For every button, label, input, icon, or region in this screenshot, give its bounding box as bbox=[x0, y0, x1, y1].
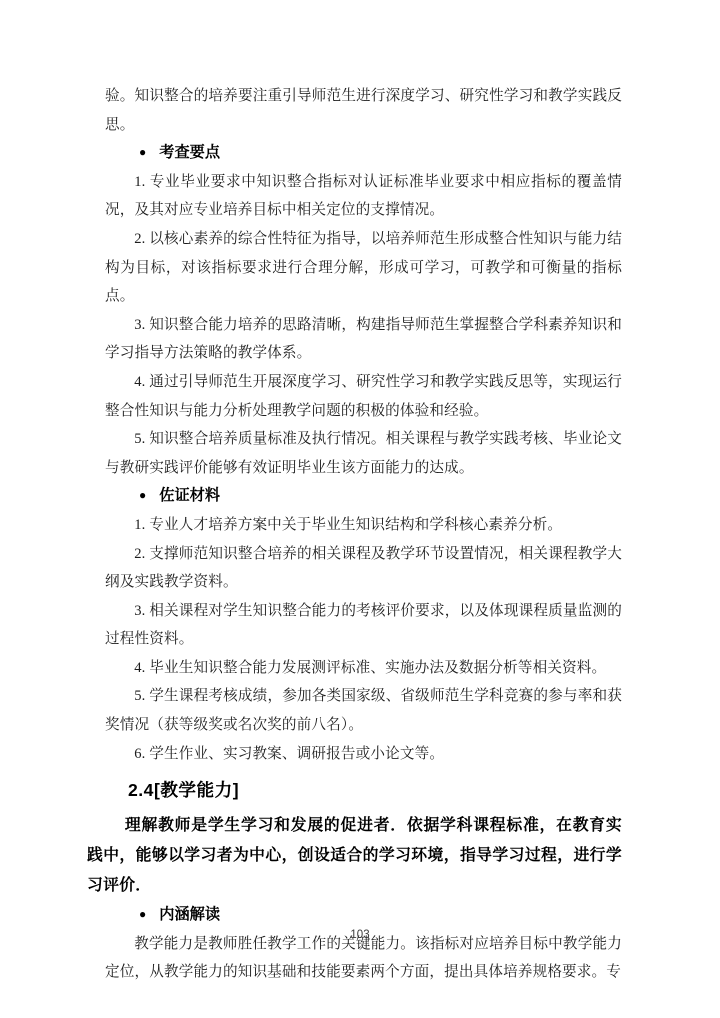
paragraph-continuation: 验。知识整合的培养要注重引导师范生进行深度学习、研究性学习和教学实践反思。 bbox=[105, 82, 622, 139]
chapter-heading: 2.4[教学能力] bbox=[105, 774, 622, 806]
list-item: 4. 通过引导师范生开展深度学习、研究性学习和教学实践反思等，实现运行整合性知识… bbox=[105, 368, 622, 425]
bullet-icon: ● bbox=[139, 907, 146, 921]
section-heading-label: 佐证材料 bbox=[159, 487, 220, 504]
list-item: 3. 相关课程对学生知识整合能力的考核评价要求，以及体现课程质量监测的过程性资料… bbox=[105, 597, 622, 654]
list-item: 1. 专业毕业要求中知识整合指标对认证标准毕业要求中相应指标的覆盖情况，及其对应… bbox=[105, 168, 622, 225]
bullet-icon: ● bbox=[139, 488, 146, 502]
bullet-icon: ● bbox=[139, 145, 146, 159]
section-heading-label: 考查要点 bbox=[159, 144, 220, 161]
page-number: 103 bbox=[0, 929, 720, 941]
document-page: 验。知识整合的培养要注重引导师范生进行深度学习、研究性学习和教学实践反思。 ●考… bbox=[0, 0, 720, 1018]
list-item: 5. 学生课程考核成绩，参加各类国家级、省级师范生学科竞赛的参与率和获奖情况（获… bbox=[105, 682, 622, 739]
list-item: 3. 知识整合能力培养的思路清晰，构建指导师范生掌握整合学科素养知识和学习指导方… bbox=[105, 311, 622, 368]
list-item: 2. 支撑师范知识整合培养的相关课程及教学环节设置情况，相关课程教学大纲及实践教… bbox=[105, 540, 622, 597]
list-item: 4. 毕业生知识整合能力发展测评标准、实施办法及数据分析等相关资料。 bbox=[105, 654, 622, 683]
section-heading-connotation: ●内涵解读 bbox=[105, 901, 622, 930]
section-heading-label: 内涵解读 bbox=[159, 906, 220, 923]
section-heading-examine-points: ●考查要点 bbox=[105, 139, 622, 168]
section-heading-evidence-materials: ●佐证材料 bbox=[105, 482, 622, 511]
chapter-intro-paragraph: 理解教师是学生学习和发展的促进者．依据学科课程标准，在教育实践中，能够以学习者为… bbox=[87, 811, 622, 901]
page-content: 验。知识整合的培养要注重引导师范生进行深度学习、研究性学习和教学实践反思。 ●考… bbox=[105, 82, 622, 987]
list-item: 6. 学生作业、实习教案、调研报告或小论文等。 bbox=[105, 740, 622, 769]
list-item: 2. 以核心素养的综合性特征为指导，以培养师范生形成整合性知识与能力结构为目标，… bbox=[105, 225, 622, 311]
list-item: 1. 专业人才培养方案中关于毕业生知识结构和学科核心素养分析。 bbox=[105, 511, 622, 540]
list-item: 5. 知识整合培养质量标准及执行情况。相关课程与教学实践考核、毕业论文与教研实践… bbox=[105, 425, 622, 482]
